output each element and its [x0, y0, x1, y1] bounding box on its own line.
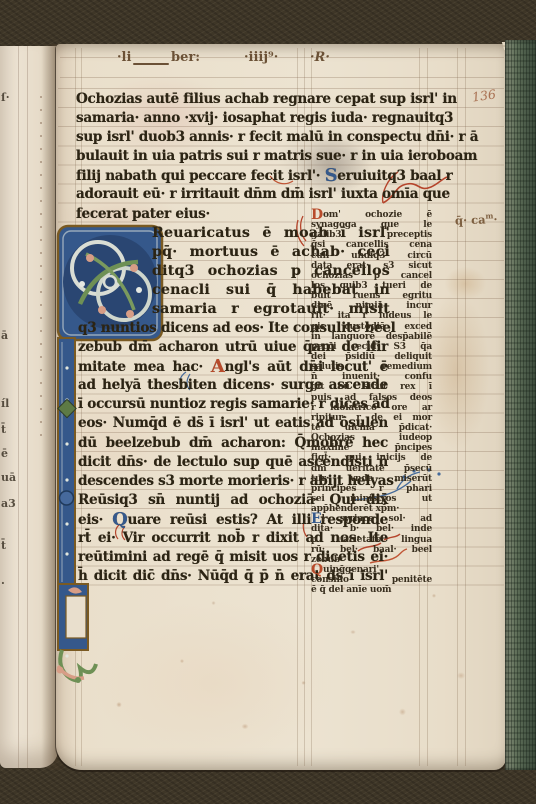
text-line: app̄henderēt xp̄m·	[311, 504, 432, 514]
text-segment: salutis remedium	[311, 362, 432, 372]
text-line: culi undiq3 circū	[311, 251, 432, 261]
text-line: galib3 preceptis	[311, 230, 432, 240]
text-line: synagoga que le	[311, 220, 432, 230]
text-segment: culi undiq3 circū	[311, 251, 432, 261]
text-segment: los quib3 tueri de	[311, 281, 432, 291]
text-segment: ē q̄ del anīe uom̄	[311, 585, 391, 595]
rubricated-initial: S	[325, 165, 338, 186]
rubricated-initial: A	[211, 356, 225, 377]
text-segment: app̄henderēt xp̄m·	[311, 504, 399, 514]
text-line: puis ad falsos deos	[311, 393, 432, 403]
text-line: samaria· anno ·xvij· iosaphat regis iuda…	[76, 109, 390, 128]
text-line: principes r phari	[311, 484, 432, 494]
text-line: bulauit in uia patris sui r matris sue· …	[76, 147, 390, 166]
text-segment: ochozias p cancel	[311, 271, 432, 281]
text-segment: filij nabath qui peccare fecit isrl'·	[76, 168, 325, 184]
text-segment: tur· vnde miserūt	[311, 474, 432, 484]
text-segment: puis ad falsos deos	[311, 393, 432, 403]
text-segment: dinē nimiā incur	[311, 301, 432, 311]
text-segment: adorauit eū· r irritauit dn̄m dm̄ isrl' …	[76, 186, 450, 202]
text-segment: eis·	[78, 512, 112, 528]
text-segment: ripitur· r de ei mor	[311, 413, 432, 423]
text-line: p uarietate lingua	[311, 535, 432, 545]
text-line: dinē nimiā incur	[311, 301, 432, 311]
text-line: rit· ita r iudeus le	[311, 311, 432, 321]
text-segment: te uicina p̄dicat·	[311, 423, 432, 433]
text-line: sup isrl' duob3 annis· r fecit malū in c…	[76, 128, 390, 147]
text-segment: n̄ inuenit· confu	[311, 372, 432, 382]
text-line: ripitur· r de ei mor	[311, 413, 432, 423]
text-line: adorauit eū· r irritauit dn̄m dm̄ isrl' …	[76, 185, 390, 204]
text-segment: pecc̄i cecid̄· S3 q̄a	[311, 342, 432, 352]
text-segment: bulauit in uia patris sui r matris sue· …	[76, 148, 477, 164]
text-segment: eruiuitq3 baal r	[337, 168, 452, 184]
text-line: rū· bel· baal· beel	[311, 545, 432, 555]
text-segment: in languorē desp̄abilē	[311, 332, 432, 342]
text-line: Ochozias autē filius achab regnare cepat…	[76, 90, 390, 109]
text-line: Ochozias iudeop	[311, 433, 432, 443]
text-line: consilio penitēte	[311, 575, 432, 585]
text-line: pecc̄i cecid̄· S3 q̄a	[311, 342, 432, 352]
text-line: buit ruens egritu	[311, 291, 432, 301]
text-line: dita· b· bel· inde	[311, 524, 432, 534]
marginal-gloss-column: Dom' ochozie ēsynagoga que legalib3 prec…	[311, 210, 432, 595]
text-segment: rū· bel· baal· beel	[311, 545, 432, 555]
text-line: filij nabath qui peccare fecit isrl'· Se…	[76, 166, 390, 185]
text-segment: sei ministros ut	[311, 494, 432, 504]
text-line: Quinq̄genari'	[311, 565, 432, 575]
text-line: El syriace sol· ad	[311, 514, 432, 524]
text-segment: principes r phari	[311, 484, 432, 494]
text-line: figt̄· qui inicijs de	[311, 453, 432, 463]
text-segment: p uarietate lingua	[311, 535, 432, 545]
text-segment: consilio penitēte	[311, 575, 432, 585]
text-line: git eū sicut rex ī	[311, 382, 432, 392]
text-segment: dei p̄sidiū deliquit	[311, 352, 432, 362]
text-line: ochozias p cancel	[311, 271, 432, 281]
text-segment: data erat· s3 sicut	[311, 261, 432, 271]
text-segment: om' ochozie ē	[323, 210, 432, 220]
rubricated-initial: Q	[112, 509, 127, 530]
text-line: n̄ inuenit· confu	[311, 372, 432, 382]
text-segment: sup isrl' duob3 annis· r fecit malū in c…	[76, 129, 478, 145]
text-line: data erat· s3 sicut	[311, 261, 432, 271]
text-segment: r idolatrico ore ar	[311, 403, 432, 413]
text-segment: git eū sicut rex ī	[311, 382, 432, 392]
text-line: dm̄ ueritatē p̄secū	[311, 464, 432, 474]
text-segment: rit· ita r iudeus le	[311, 311, 432, 321]
text-segment: Ochozias iudeop	[311, 433, 432, 443]
fore-edge	[505, 40, 536, 770]
manuscript-photo: ſ·āílt̄ēuāa3t̄· ·li ber: ·iiij⁹· ·R· 136…	[0, 0, 536, 804]
text-line: te uicina p̄dicat·	[311, 423, 432, 433]
text-segment: l syriace sol· ad	[321, 514, 432, 524]
text-segment: q̄si cancellis cena	[311, 240, 432, 250]
text-line: in languorē desp̄abilē	[311, 332, 432, 342]
text-segment: galib3 preceptis	[311, 230, 432, 240]
text-segment: uinq̄genari'	[323, 565, 379, 575]
text-line: Dom' ochozie ē	[311, 210, 432, 220]
text-segment: synagoga que le	[311, 220, 432, 230]
text-segment: dita· b· bel· inde	[311, 524, 432, 534]
text-segment: gis custodiā exced	[311, 322, 432, 332]
text-segment: fecerat pater eius·	[76, 206, 210, 222]
text-segment: Ochozias autē filius achab regnare cepat…	[76, 91, 457, 107]
text-line: tur· vnde miserūt	[311, 474, 432, 484]
text-line: zebub·	[311, 555, 432, 565]
text-segment: samaria· anno ·xvij· iosaphat regis iuda…	[76, 110, 453, 126]
text-segment: buit ruens egritu	[311, 291, 432, 301]
text-line: ē q̄ del anīe uom̄	[311, 585, 432, 595]
text-line: dei p̄sidiū deliquit	[311, 352, 432, 362]
text-segment: mitate mea hac·	[78, 359, 211, 375]
text-line: gis custodiā exced	[311, 322, 432, 332]
text-line: r idolatrico ore ar	[311, 403, 432, 413]
text-line: los quib3 tueri de	[311, 281, 432, 291]
text-segment: maxime p̄ncipes	[311, 443, 432, 453]
text-segment: figt̄· qui inicijs de	[311, 453, 432, 463]
main-text-paragraph-1: Ochozias autē filius achab regnare cepat…	[76, 90, 390, 224]
text-segment: dm̄ ueritatē p̄secū	[311, 464, 432, 474]
text-line: maxime p̄ncipes	[311, 443, 432, 453]
text-line: sei ministros ut	[311, 494, 432, 504]
text-line: salutis remedium	[311, 362, 432, 372]
text-line: q̄si cancellis cena	[311, 240, 432, 250]
